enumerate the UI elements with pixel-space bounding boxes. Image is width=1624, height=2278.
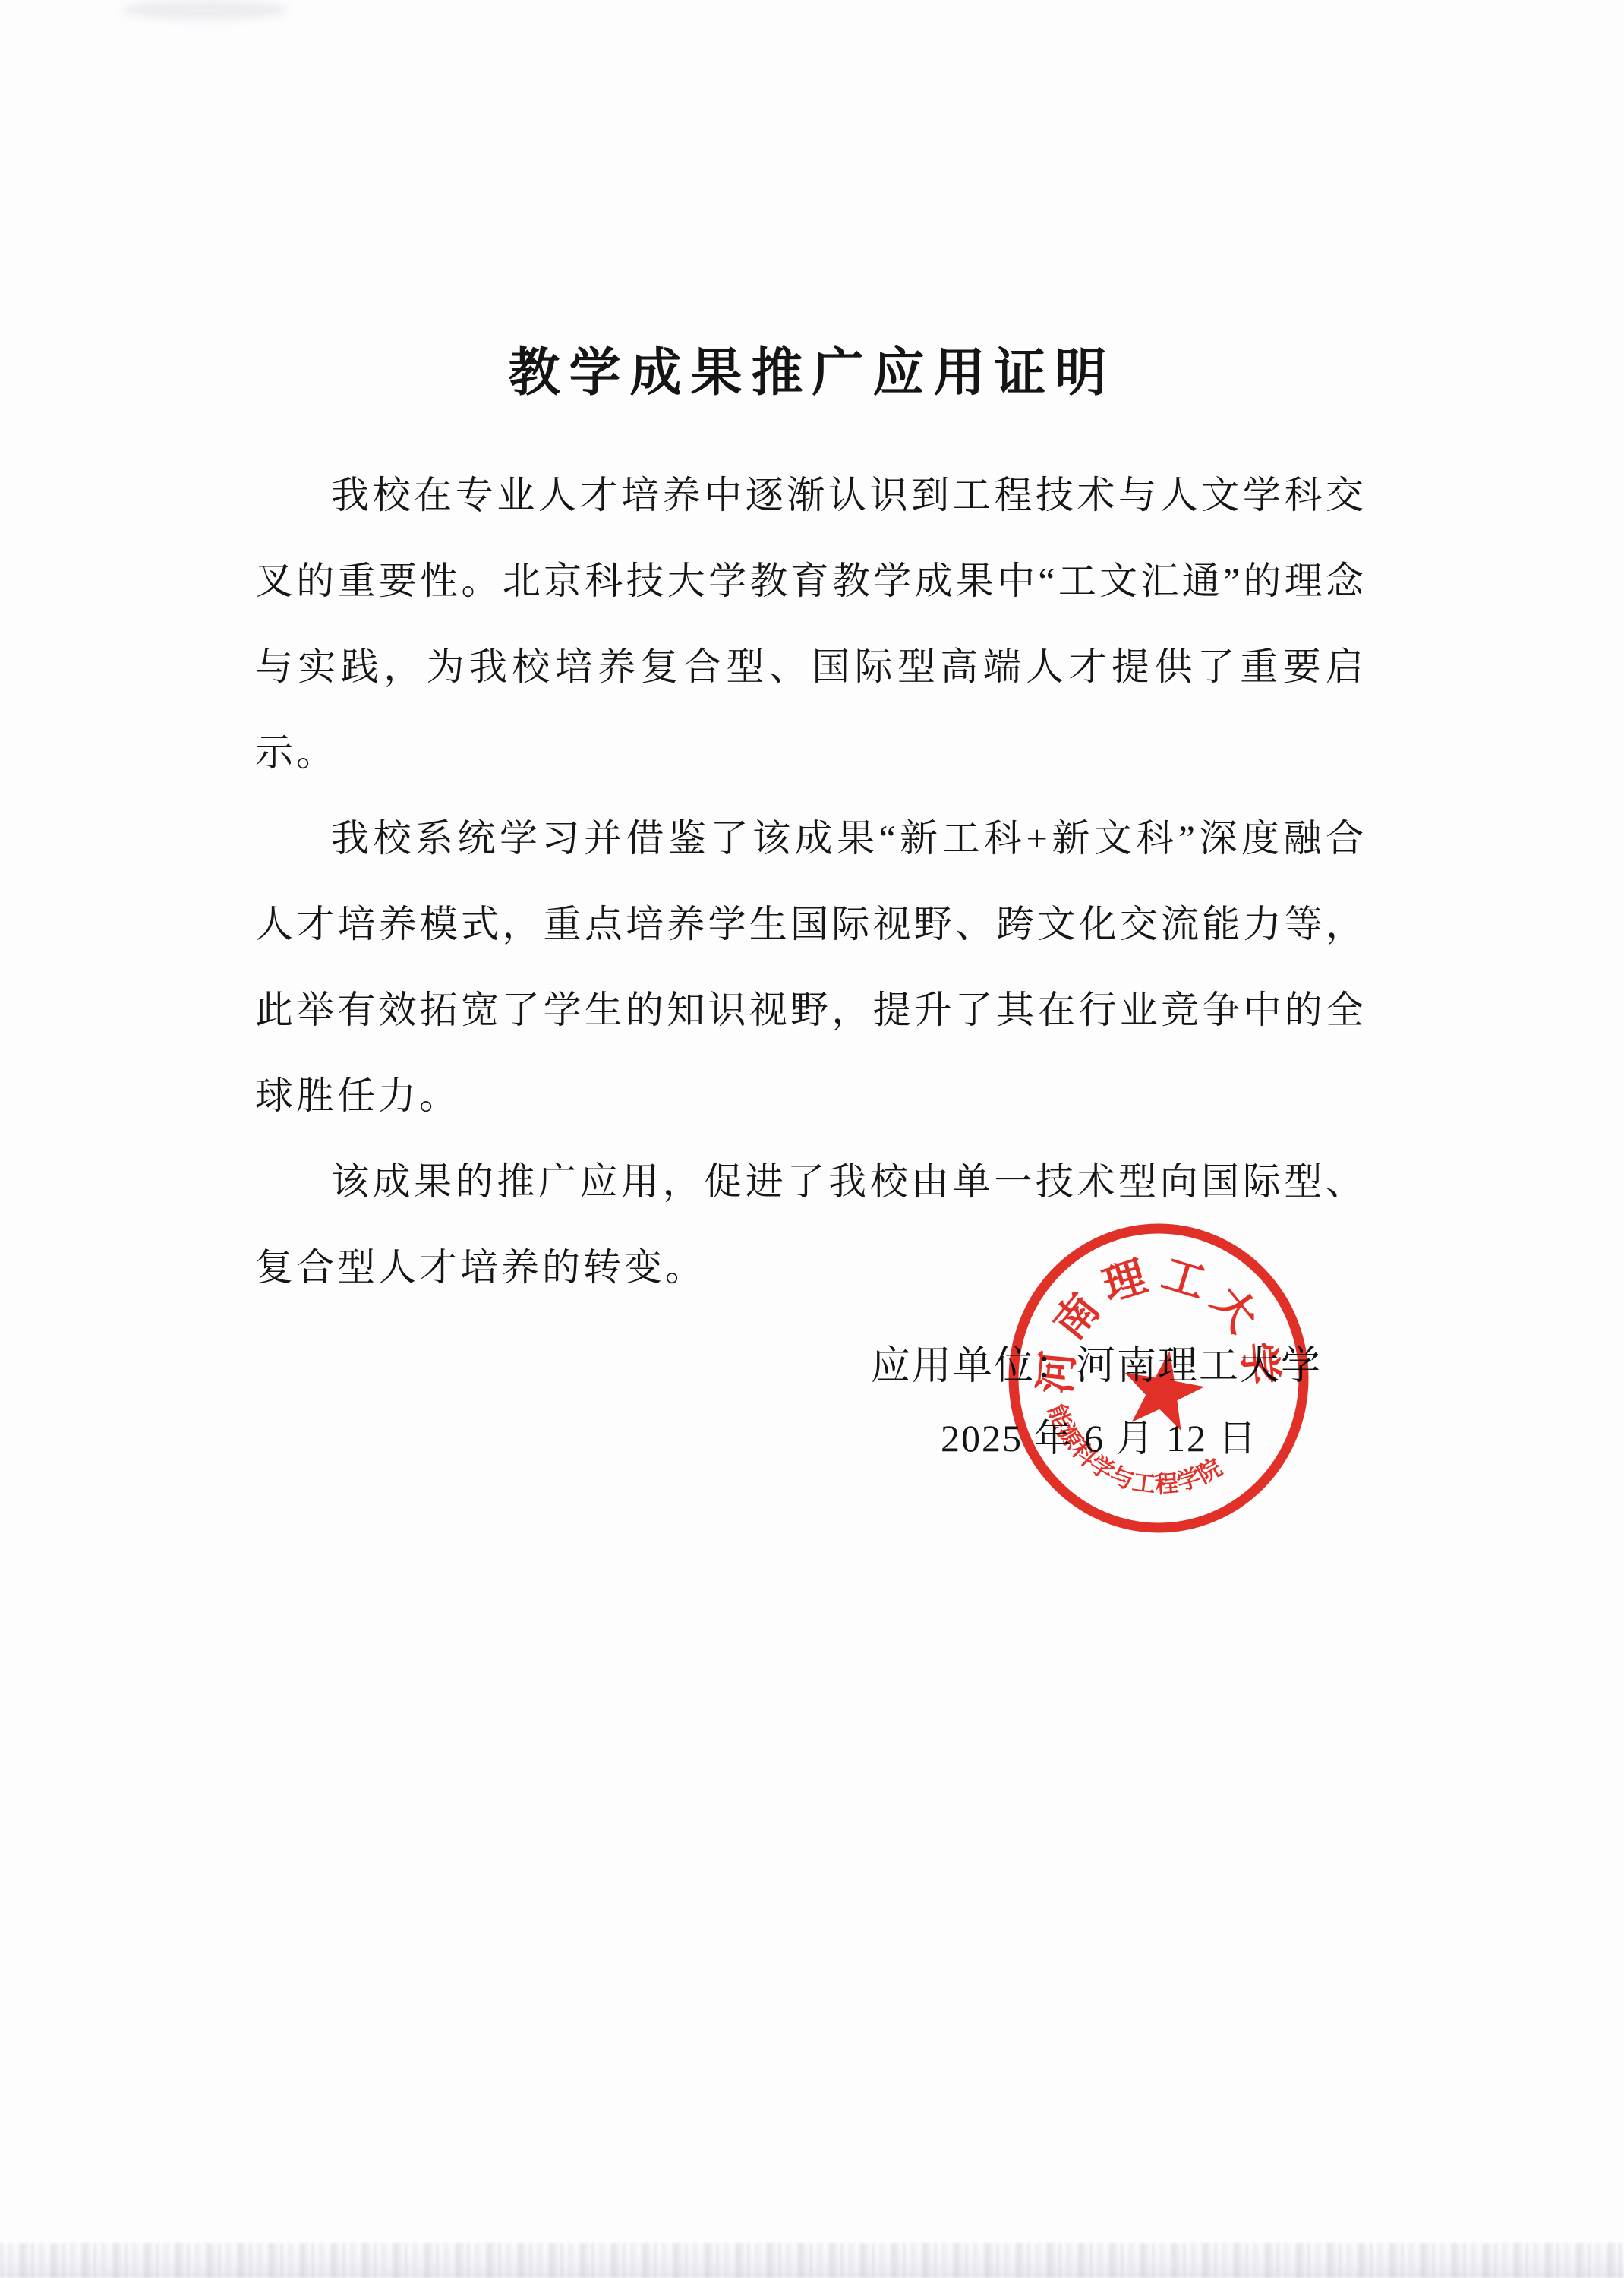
document-body: 我校在专业人才培养中逐渐认识到工程技术与人文学科交叉的重要性。北京科技大学教育教…	[255, 453, 1367, 1311]
body-paragraph-2: 我校系统学习并借鉴了该成果“新工科+新文科”深度融合人才培养模式，重点培养学生国…	[255, 796, 1367, 1139]
stamp-bottom-arc-text: 能源科学与工程学院	[1043, 1400, 1227, 1498]
svg-text:能源科学与工程学院: 能源科学与工程学院	[1043, 1400, 1227, 1498]
university-stamp: 河南理工大学 能源科学与工程学院	[976, 1196, 1341, 1560]
document-title: 教学成果推广应用证明	[0, 343, 1624, 402]
body-paragraph-1: 我校在专业人才培养中逐渐认识到工程技术与人文学科交叉的重要性。北京科技大学教育教…	[255, 453, 1367, 796]
scan-artifact-top	[121, 0, 289, 20]
scan-artifact-bottom	[0, 2243, 1624, 2278]
star-icon	[1125, 1351, 1205, 1431]
document-page: 教学成果推广应用证明 我校在专业人才培养中逐渐认识到工程技术与人文学科交叉的重要…	[0, 0, 1624, 2278]
